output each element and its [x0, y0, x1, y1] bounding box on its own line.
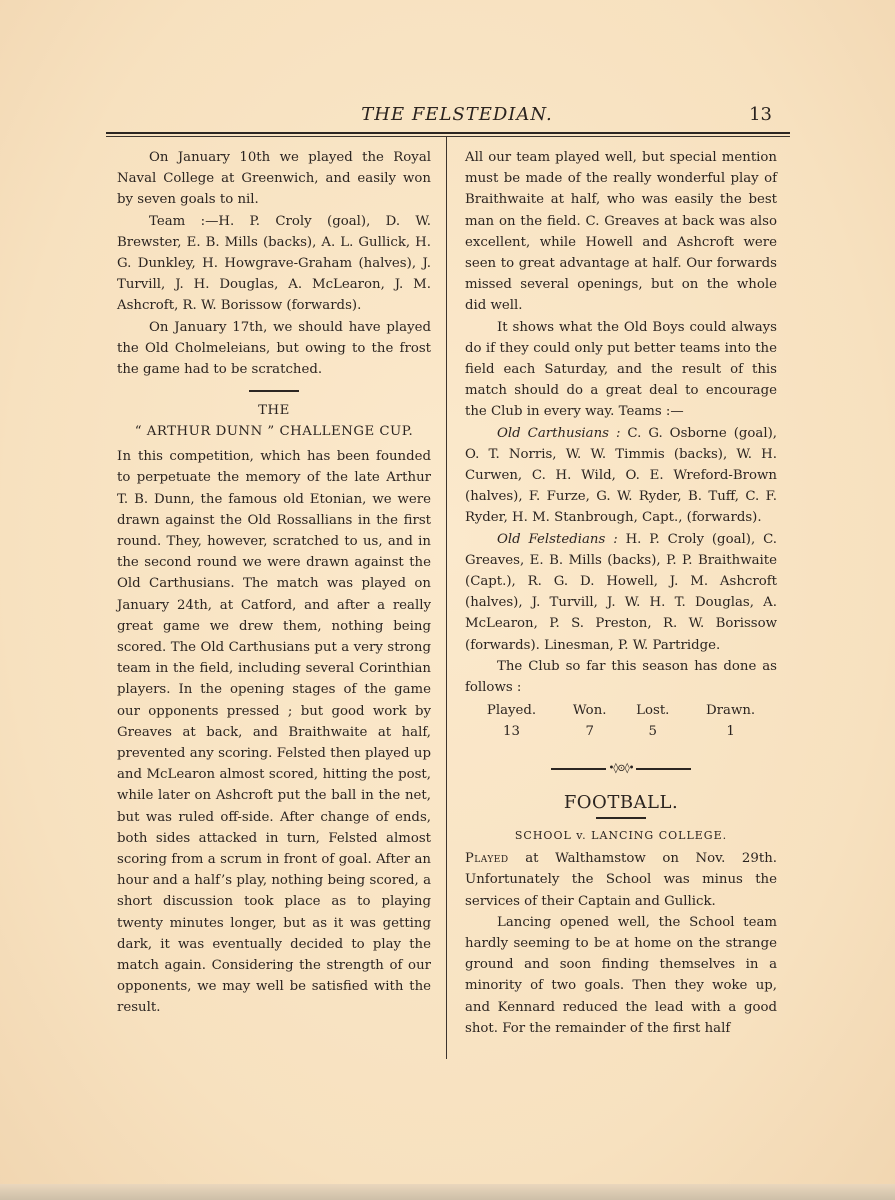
- paragraph-team-felstedians: Old Felstedians : H. P. Croly (goal), C.…: [465, 529, 777, 656]
- ornamental-divider-icon: •◊⊙◊•: [465, 764, 777, 774]
- season-record-table: Played. Won. Lost. Drawn. 13 7 5 1: [465, 700, 777, 742]
- football-divider: [596, 817, 646, 819]
- paragraph-cholmeleians: On January 17th, we should have played t…: [117, 317, 431, 381]
- value-won: 7: [558, 721, 621, 742]
- paragraph-challenge-cup-body: this competition, which has been founded…: [117, 449, 431, 1015]
- paragraph-season-intro: The Club so far this season has done as …: [465, 656, 777, 698]
- paragraph-team-carthusians: Old Carthusians : C. G. Osborne (goal), …: [465, 423, 777, 529]
- section-heading-challenge-cup: “ ARTHUR DUNN ” CHALLENGE CUP.: [117, 421, 431, 442]
- header-won: Won.: [558, 700, 621, 721]
- value-lost: 5: [621, 721, 684, 742]
- ornament-bar-left: [551, 768, 606, 770]
- paragraph-challenge-cup: In this competition, which has been foun…: [117, 446, 431, 1018]
- team-label-felstedians: Old Felstedians :: [497, 532, 618, 547]
- paragraph-lancing-intro: Played at Walthamstow on Nov. 29th. Unfo…: [465, 848, 777, 912]
- column-divider: [446, 137, 447, 1059]
- paragraph-lancing-match: Lancing opened well, the School team har…: [465, 912, 777, 1039]
- page-header: THE FELSTEDIAN. 13: [106, 102, 788, 130]
- header-lost: Lost.: [621, 700, 684, 721]
- value-played: 13: [465, 721, 558, 742]
- paragraph-naval-college: On January 10th we played the Royal Nava…: [117, 147, 431, 211]
- header-rule-thick: [106, 132, 790, 134]
- section-divider: [249, 390, 299, 392]
- paragraph-team-praise: All our team played well, but special me…: [465, 147, 777, 317]
- paragraph-lancing-intro-body: at Walthamstow on Nov. 29th. Unfortunate…: [465, 851, 777, 908]
- value-drawn: 1: [684, 721, 777, 742]
- ornament-glyph: •◊⊙◊•: [606, 764, 635, 774]
- section-heading-the: THE: [117, 400, 431, 421]
- paragraph-old-boys: It shows what the Old Boys could always …: [465, 317, 777, 423]
- page-number: 13: [749, 104, 772, 125]
- paragraph-team-list: Team :—H. P. Croly (goal), D. W. Brewste…: [117, 211, 431, 317]
- team-label-carthusians: Old Carthusians :: [497, 426, 620, 441]
- left-column: On January 10th we played the Royal Nava…: [117, 147, 431, 1019]
- drop-lead-word: In: [117, 449, 132, 464]
- header-rule-thin: [106, 136, 790, 137]
- season-record-value-row: 13 7 5 1: [465, 721, 777, 742]
- season-record-header-row: Played. Won. Lost. Drawn.: [465, 700, 777, 721]
- header-played: Played.: [465, 700, 558, 721]
- football-heading: FOOTBALL.: [465, 792, 777, 813]
- page-bottom-edge: [0, 1184, 895, 1200]
- right-column: All our team played well, but special me…: [465, 147, 777, 1039]
- running-title: THE FELSTEDIAN.: [106, 104, 788, 125]
- match-heading: SCHOOL v. LANCING COLLEGE.: [465, 825, 777, 846]
- ornament-bar-right: [636, 768, 691, 770]
- team-list-felstedians: H. P. Croly (goal), C. Greaves, E. B. Mi…: [465, 532, 777, 653]
- header-drawn: Drawn.: [684, 700, 777, 721]
- played-lead-word: Played: [465, 851, 509, 866]
